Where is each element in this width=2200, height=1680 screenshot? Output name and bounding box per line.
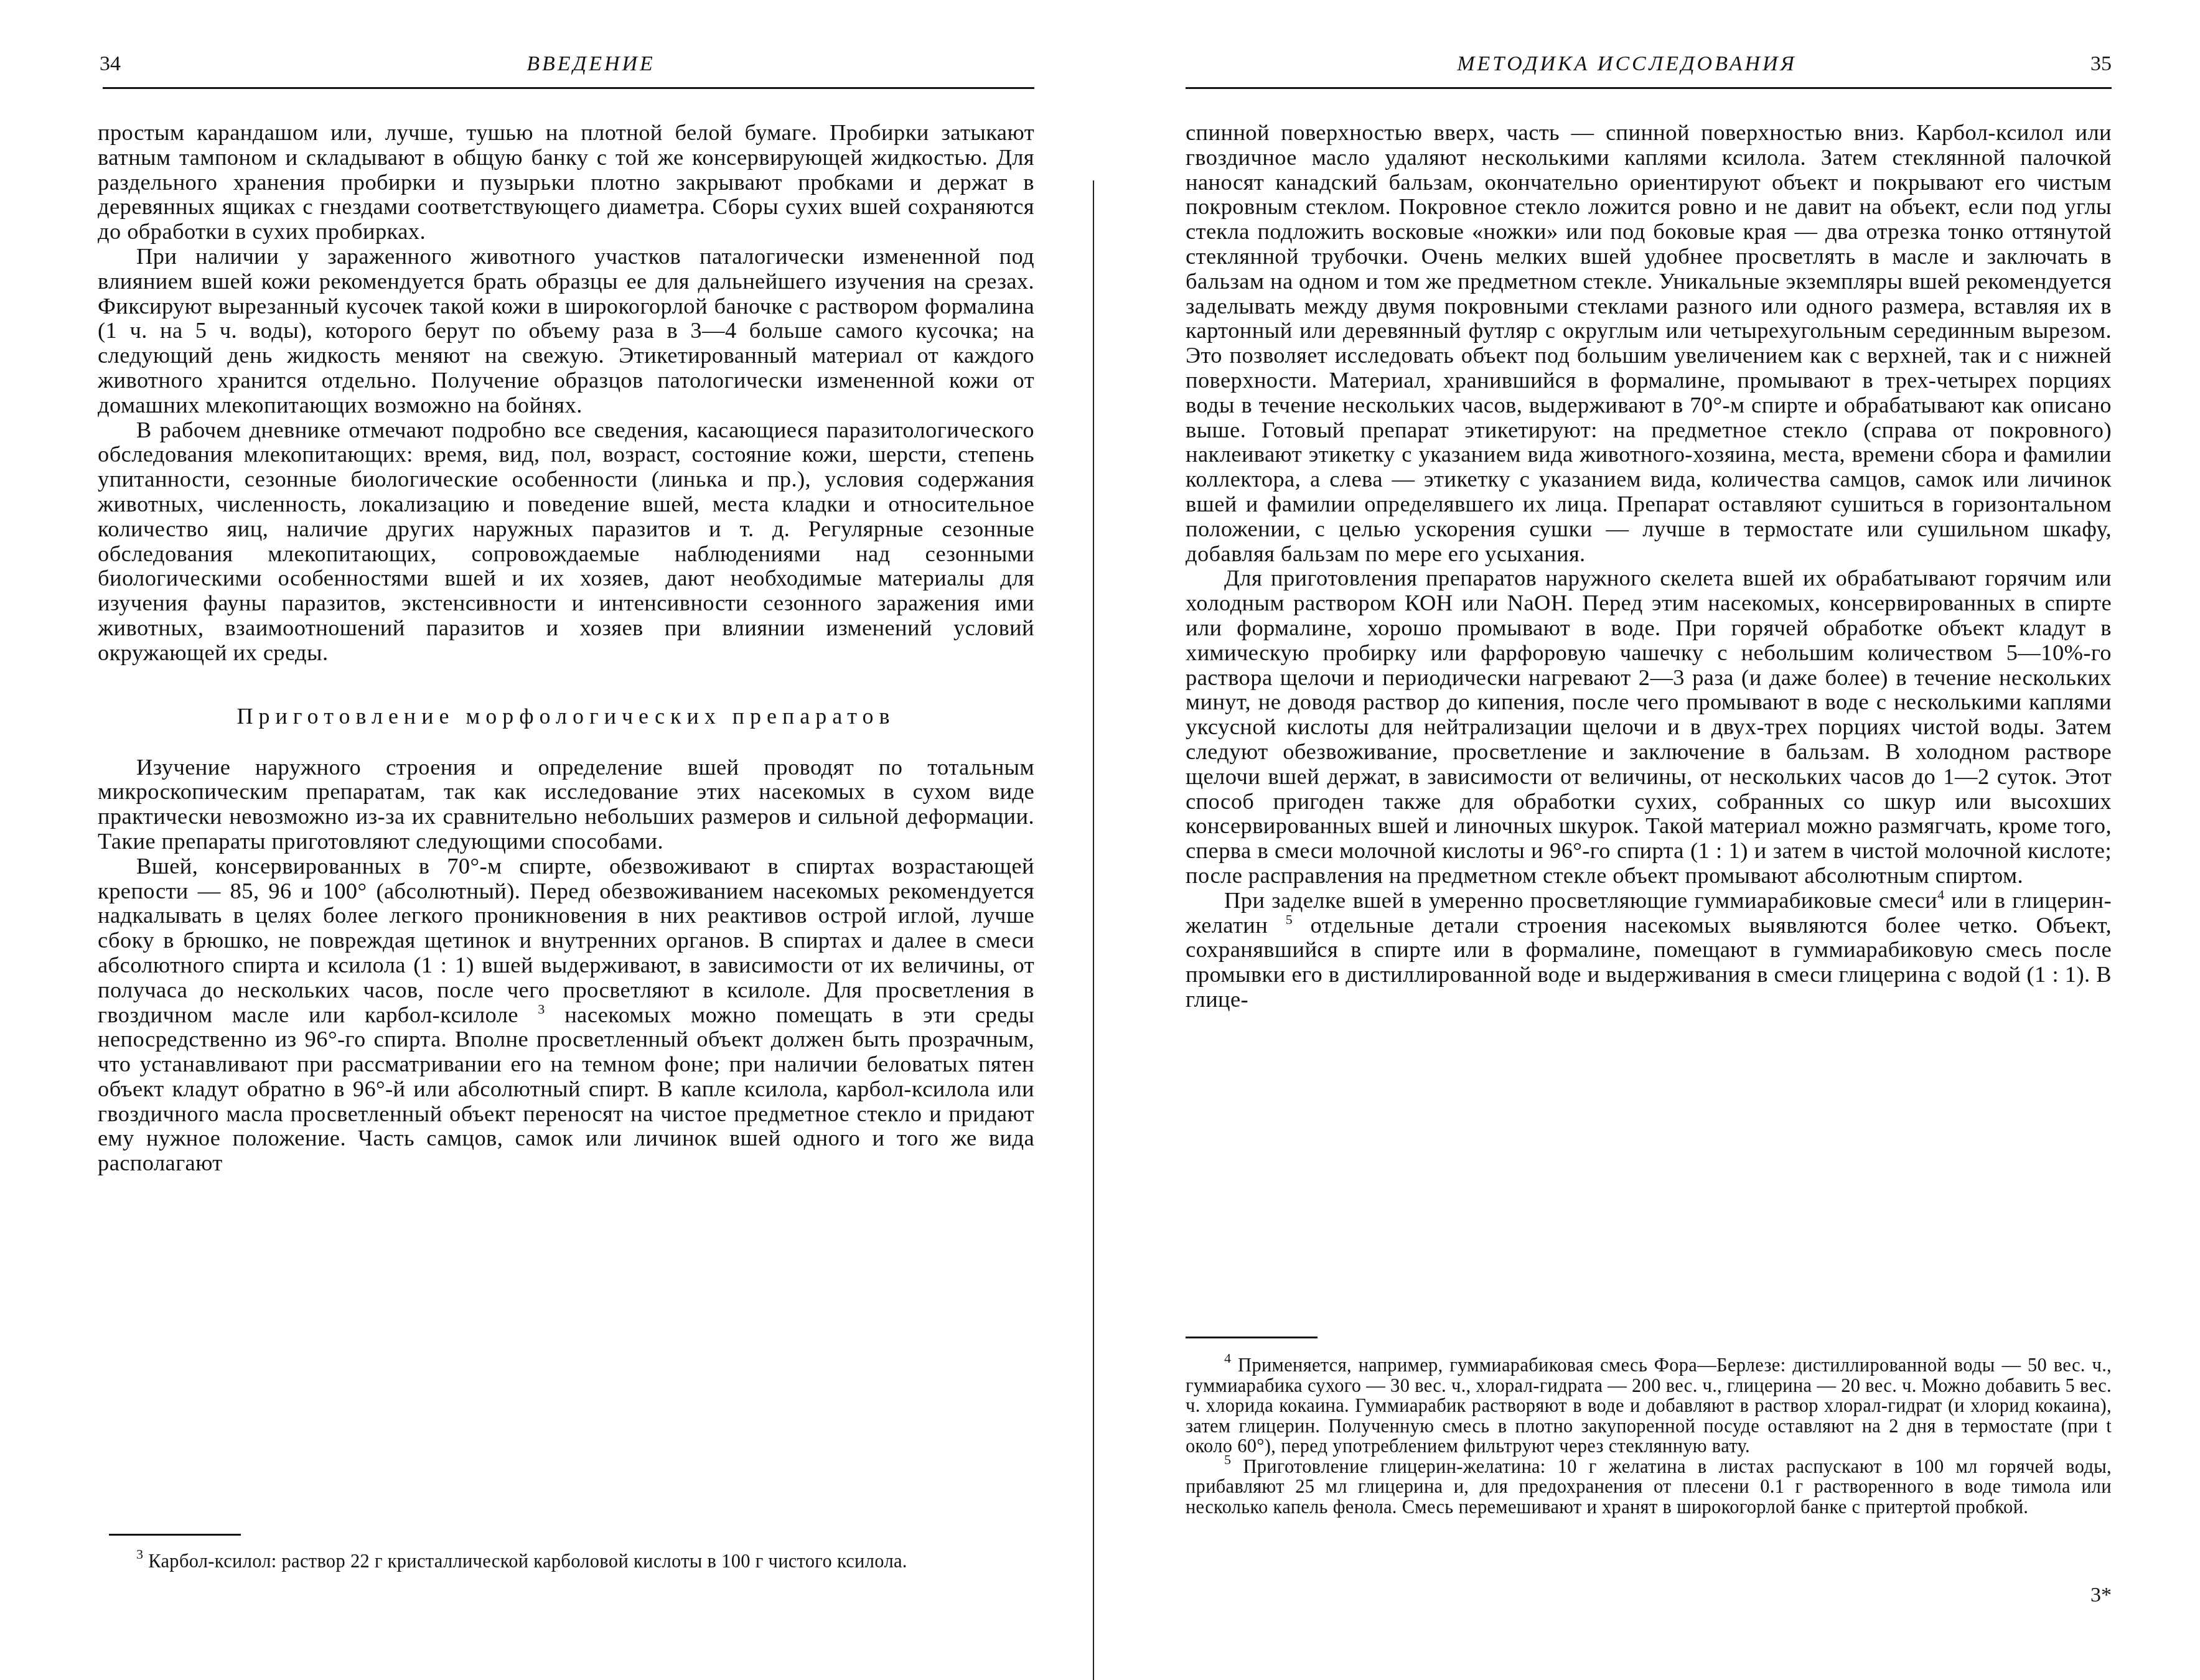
paragraph: Вшей, консервированных в 70°-м спирте, о…: [98, 854, 1034, 1175]
footnotes: 4 Применяется, например, гуммиарабиковая…: [1186, 1355, 2112, 1517]
footnote-text: Применяется, например, гуммиарабиковая с…: [1186, 1355, 2112, 1457]
footnote-mark: 4: [1224, 1350, 1231, 1366]
running-head-left: 34 ВВЕДЕНИЕ: [98, 49, 1034, 80]
footnote-text: Карбол-ксилол: раствор 22 г кристалличес…: [148, 1551, 907, 1572]
footnote-mark: 3: [136, 1546, 143, 1562]
page-number: 34: [100, 49, 121, 80]
footnote-ref[interactable]: 3: [538, 1001, 545, 1017]
footnote-ref[interactable]: 5: [1286, 912, 1293, 927]
paragraph: При наличии у зараженного животного учас…: [98, 244, 1034, 418]
paragraph: спинной поверхностью вверх, часть — спин…: [1186, 120, 2112, 566]
paragraph-text: насекомых можно помещать в эти среды неп…: [98, 1002, 1034, 1176]
footnote-ref[interactable]: 4: [1937, 887, 1944, 902]
paragraph-text: При заделке вшей в умеренно просветляющи…: [1224, 887, 1937, 913]
running-head-right: МЕТОДИКА ИССЛЕДОВАНИЯ 35: [1186, 49, 2112, 80]
footnote: 5 Приготовление глицерин-желатина: 10 г …: [1186, 1457, 2112, 1518]
right-page: МЕТОДИКА ИССЛЕДОВАНИЯ 35 спинной поверхн…: [1186, 0, 2112, 1680]
paragraph: Для приготовления препаратов наружного с…: [1186, 566, 2112, 887]
paragraph-text: отдельные детали строения насекомых выяв…: [1186, 912, 2112, 1012]
running-head-title: ВВЕДЕНИЕ: [147, 49, 1034, 80]
page-number: 35: [2090, 49, 2112, 80]
section-heading: Приготовление морфологических препаратов: [98, 704, 1034, 729]
footnote-rule: [109, 1534, 241, 1536]
spine-divider: [1093, 180, 1094, 1680]
paragraph: При заделке вшей в умеренно просветляющи…: [1186, 888, 2112, 1012]
footnote: 4 Применяется, например, гуммиарабиковая…: [1186, 1355, 2112, 1457]
body-text: простым карандашом или, лучше, тушью на …: [98, 120, 1034, 1175]
paragraph: простым карандашом или, лучше, тушью на …: [98, 120, 1034, 244]
body-text: спинной поверхностью вверх, часть — спин…: [1186, 120, 2112, 1012]
running-head-title: МЕТОДИКА ИССЛЕДОВАНИЯ: [1186, 49, 2068, 80]
footnote-rule: [1186, 1337, 1318, 1338]
footnote: 3 Карбол-ксилол: раствор 22 г кристаллич…: [98, 1551, 1034, 1572]
header-rule: [1186, 87, 2112, 89]
paragraph: Изучение наружного строения и определени…: [98, 755, 1034, 854]
paragraph: В рабочем дневнике отмечают подробно все…: [98, 418, 1034, 665]
left-page: 34 ВВЕДЕНИЕ простым карандашом или, лучш…: [98, 0, 1034, 1680]
footnote-mark: 5: [1224, 1452, 1231, 1467]
footnotes: 3 Карбол-ксилол: раствор 22 г кристаллич…: [98, 1551, 1034, 1572]
footnote-text: Приготовление глицерин-желатина: 10 г же…: [1186, 1456, 2112, 1518]
header-rule: [103, 87, 1034, 89]
signature-mark: 3*: [2090, 1584, 2112, 1607]
